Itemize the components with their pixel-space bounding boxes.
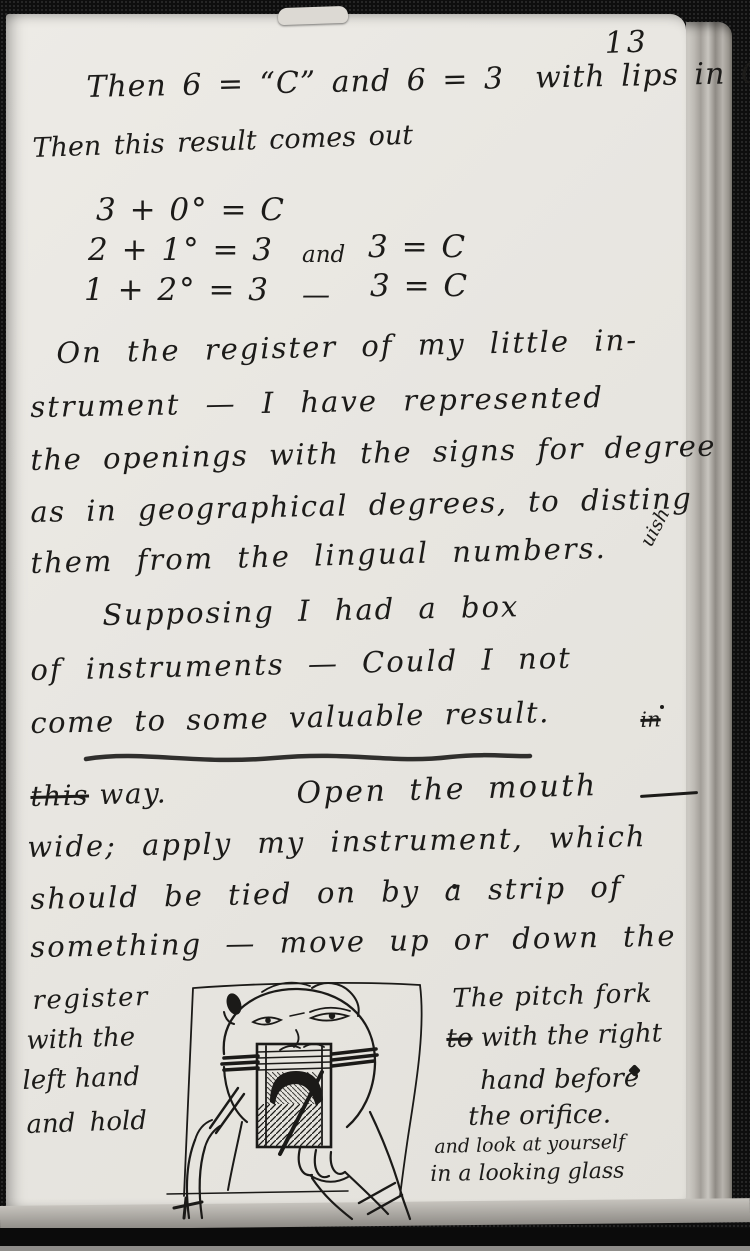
equation-2-rhs: 3 = C [368,229,467,265]
table-surface [0,1246,750,1251]
supposing-line-4-left: this way. [30,776,167,813]
caption-right-line-1: The pitch fork [452,979,653,1014]
equation-3-rhs: 3 = C [370,268,469,304]
caption-left-line-4: and hold [26,1106,147,1140]
page-corner-tab [278,6,349,25]
ink-dot [660,705,664,709]
caption-left-line-1: register [32,982,149,1016]
notebook-photo: 13 Then 6 = “C” and 6 = 3 with lips in O… [0,0,750,1251]
line-3-prefix: come to [30,703,187,740]
struck-word-in: in [640,707,661,732]
struck-word-to: to [446,1023,473,1054]
line-4-rest: way. [89,776,168,811]
page-edge-stack [686,22,732,1214]
cover-bottom-band [0,1228,750,1246]
caption-left-line-3: left hand [22,1062,141,1096]
equation-2-conjunction: and [302,242,345,268]
caption-right-line-3: hand before [480,1063,640,1096]
caption-right-line-6: in a looking glass [430,1159,625,1187]
equation-1: 3 + 0° = C [96,192,286,228]
caption-right-line-2: to with the right [446,1018,663,1054]
wavy-underline [82,748,534,768]
equation-2-lhs: 2 + 1° = 3 [88,232,274,268]
mouth-instrument-sketch [162,972,434,1220]
equation-3-dash: — [302,278,330,311]
equation-3-lhs: 1 + 2° = 3 [84,272,270,308]
struck-word-this: this [30,778,89,813]
line-3-period: . [539,695,550,729]
ink-dot [452,884,457,889]
caption-right-line-4: the orifice. [468,1100,611,1132]
page-number: 13 [604,24,649,61]
caption-right-line-2-rest: with the right [472,1018,662,1053]
caption-left-line-2: with the [26,1022,136,1056]
